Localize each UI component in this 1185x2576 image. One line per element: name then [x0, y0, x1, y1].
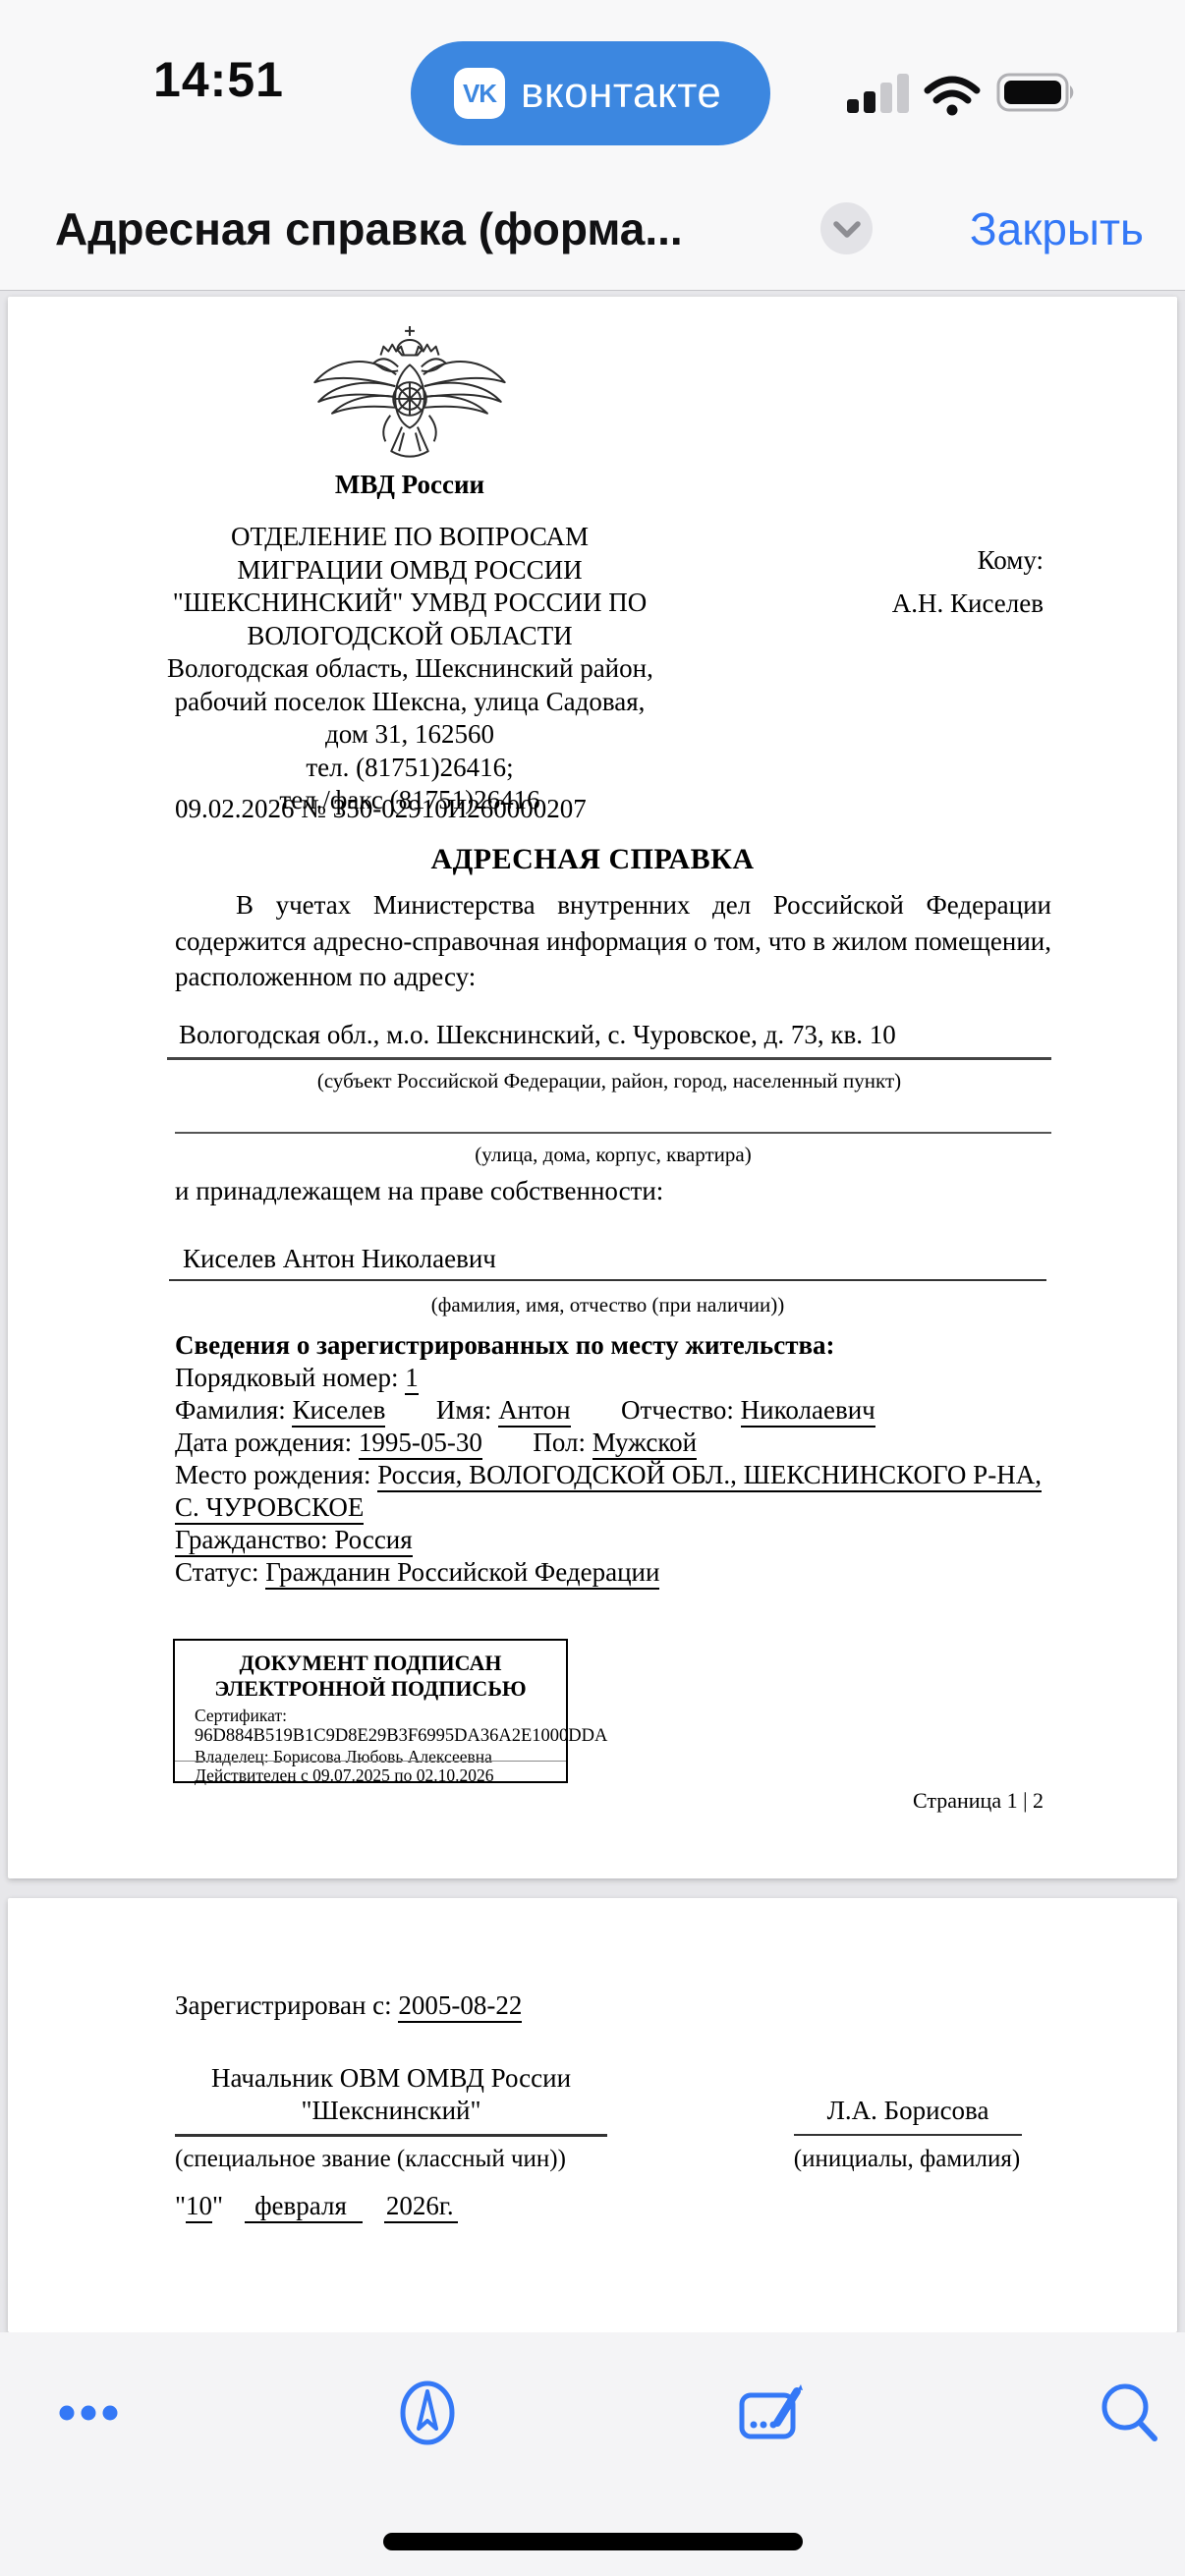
- department-line: "ШЕКСНИНСКИЙ" УМВД РОССИИ ПО: [167, 587, 652, 620]
- owner-name-line: Киселев Антон Николаевич: [169, 1244, 1046, 1281]
- field-label: Порядковый номер:: [175, 1363, 399, 1392]
- vk-banner-button[interactable]: VK вконтакте: [411, 41, 770, 145]
- field-value: Николаевич: [741, 1395, 875, 1428]
- signer-position-line1: Начальник ОВМ ОМВД России: [175, 2063, 607, 2094]
- field-label: Имя:: [436, 1395, 492, 1425]
- department-line: ОТДЕЛЕНИЕ ПО ВОПРОСАМ: [167, 521, 652, 554]
- field-label: Место рождения:: [175, 1460, 371, 1489]
- signature-rule-right: [794, 2134, 1022, 2136]
- page-number: Страница 1 | 2: [696, 1788, 1044, 1814]
- vk-logo-icon: VK: [454, 68, 505, 119]
- document-page-1[interactable]: МВД России ОТДЕЛЕНИЕ ПО ВОПРОСАМ МИГРАЦИ…: [8, 297, 1177, 1878]
- field-value: Антон: [498, 1395, 570, 1428]
- stamp-cert-value: 96D884B519B1C9D8E29B3F6995DA36A2E1000DDA: [195, 1726, 607, 1747]
- signature-rule-left: [175, 2134, 607, 2137]
- residents-ordinal-line: Порядковый номер: 1: [175, 1363, 419, 1393]
- residents-birthplace-line: Место рождения: Россия, ВОЛОГОДСКОЙ ОБЛ.…: [175, 1460, 1042, 1490]
- field-value: 2005-08-22: [398, 1990, 522, 2023]
- department-line: ВОЛОГОДСКОЙ ОБЛАСТИ: [167, 620, 652, 653]
- document-heading: АДРЕСНАЯ СПРАВКА: [8, 843, 1177, 876]
- field-label: Отчество:: [621, 1395, 734, 1425]
- navigate-button[interactable]: [392, 2378, 463, 2448]
- recipient-block: Кому: А.Н. Киселев: [696, 538, 1044, 625]
- quote-mark: ": [175, 2191, 186, 2220]
- document-page-2[interactable]: Зарегистрирован с: 2005-08-22 Начальник …: [8, 1898, 1177, 2332]
- status-time: 14:51: [128, 51, 310, 108]
- document-number: 09.02.2026 № 350-02910И260000207: [175, 794, 587, 824]
- field-label: Фамилия:: [175, 1395, 286, 1425]
- document-title: Адресная справка (форма...: [55, 202, 782, 255]
- top-chrome: 14:51 VK вконтакте Адресная справ: [0, 0, 1185, 291]
- document-date-line: "10"февраля2026г.: [175, 2191, 458, 2221]
- signer-caption: (инициалы, фамилия): [764, 2146, 1049, 2173]
- title-dropdown-button[interactable]: [820, 202, 873, 254]
- stamp-divider: [175, 1761, 566, 1762]
- field-value: 1995-05-30: [359, 1428, 482, 1460]
- wifi-icon: [928, 80, 977, 116]
- stamp-title: ДОКУМЕНТ ПОДПИСАН: [175, 1651, 566, 1676]
- chevron-down-icon: [821, 203, 873, 254]
- date-month: февраля: [245, 2191, 363, 2223]
- field-value: Гражданин Российской Федерации: [265, 1557, 659, 1590]
- battery-icon: [998, 75, 1073, 110]
- residents-status-line: Статус: Гражданин Российской Федерации: [175, 1557, 659, 1588]
- vk-banner-label: вконтакте: [521, 69, 721, 118]
- residents-birth-line: Дата рождения: 1995-05-30 Пол: Мужской: [175, 1428, 697, 1458]
- stamp-validity: Действителен с 09.07.2025 по 02.10.2026: [195, 1765, 494, 1786]
- navigate-compass-icon: [392, 2378, 463, 2448]
- markup-icon: [736, 2378, 807, 2448]
- quote-mark: ": [212, 2191, 223, 2220]
- recipient-label: Кому:: [696, 538, 1044, 582]
- address-value: Вологодская обл., м.о. Шекснинский, с. Ч…: [167, 1020, 896, 1049]
- field-value: С. ЧУРОВСКОЕ: [175, 1492, 364, 1525]
- close-button[interactable]: Закрыть: [924, 202, 1144, 255]
- field-value: 1: [405, 1363, 419, 1395]
- registered-since-line: Зарегистрирован с: 2005-08-22: [175, 1990, 522, 2021]
- department-line: МИГРАЦИИ ОМВД РОССИИ: [167, 554, 652, 588]
- stamp-title: ЭЛЕКТРОННОЙ ПОДПИСЬЮ: [175, 1676, 566, 1702]
- street-blank-line: [175, 1132, 1051, 1134]
- search-button[interactable]: [1095, 2378, 1165, 2448]
- owner-caption: (фамилия, имя, отчество (при наличии)): [169, 1293, 1046, 1317]
- field-value: Гражданство: Россия: [175, 1525, 413, 1557]
- field-label: Статус:: [175, 1557, 259, 1587]
- intro-paragraph: В учетах Министерства внутренних дел Рос…: [175, 887, 1051, 995]
- residents-citizenship-line: Гражданство: Россия: [175, 1525, 413, 1555]
- residents-heading: Сведения о зарегистрированных по месту ж…: [175, 1330, 835, 1361]
- stamp-owner: Владелец: Борисова Любовь Алексеевна: [195, 1747, 492, 1767]
- ownership-label: и принадлежащем на праве собственности:: [175, 1175, 663, 1206]
- address-value-line: Вологодская обл., м.о. Шекснинский, с. Ч…: [167, 1020, 1051, 1060]
- position-caption: (специальное звание (классный чин)): [175, 2146, 607, 2173]
- home-indicator[interactable]: [383, 2533, 803, 2550]
- emblem-caption: МВД России: [302, 470, 518, 500]
- field-value: Киселев: [292, 1395, 385, 1428]
- status-icons: [841, 69, 1097, 124]
- date-day: 10: [186, 2191, 212, 2223]
- field-label: Пол:: [533, 1428, 586, 1457]
- address-caption: (субъект Российской Федерации, район, го…: [167, 1069, 1051, 1093]
- signer-position-line2: "Шекснинский": [175, 2096, 607, 2126]
- recipient-name: А.Н. Киселев: [696, 582, 1044, 625]
- field-value: Мужской: [592, 1428, 697, 1460]
- department-block: ОТДЕЛЕНИЕ ПО ВОПРОСАМ МИГРАЦИИ ОМВД РОСС…: [167, 521, 652, 817]
- department-line: рабочий поселок Шексна, улица Садовая,: [167, 686, 652, 719]
- department-line: Вологодская область, Шекснинский район,: [167, 652, 652, 686]
- residents-name-line: Фамилия: Киселев Имя: Антон Отчество: Ни…: [175, 1395, 875, 1426]
- signer-name: Л.А. Борисова: [794, 2096, 1022, 2126]
- digital-signature-stamp: ДОКУМЕНТ ПОДПИСАН ЭЛЕКТРОННОЙ ПОДПИСЬЮ С…: [173, 1639, 568, 1783]
- street-caption: (улица, дома, корпус, квартира): [175, 1143, 1051, 1167]
- owner-name: Киселев Антон Николаевич: [169, 1244, 496, 1273]
- mvd-emblem-icon: [302, 322, 518, 468]
- field-label: Зарегистрирован с:: [175, 1990, 392, 2020]
- stamp-cert-label: Сертификат:: [195, 1706, 287, 1726]
- field-label: Дата рождения:: [175, 1428, 352, 1457]
- department-line: тел. (81751)26416;: [167, 752, 652, 785]
- more-button[interactable]: [53, 2378, 124, 2448]
- search-icon: [1095, 2378, 1165, 2448]
- cellular-icon: [847, 74, 909, 113]
- date-year: 2026г.: [384, 2191, 458, 2223]
- markup-button[interactable]: [736, 2378, 807, 2448]
- residents-birthplace-line2: С. ЧУРОВСКОЕ: [175, 1492, 364, 1523]
- field-value: Россия, ВОЛОГОДСКОЙ ОБЛ., ШЕКСНИНСКОГО Р…: [377, 1460, 1042, 1492]
- department-line: дом 31, 162560: [167, 718, 652, 752]
- more-icon: [53, 2378, 124, 2448]
